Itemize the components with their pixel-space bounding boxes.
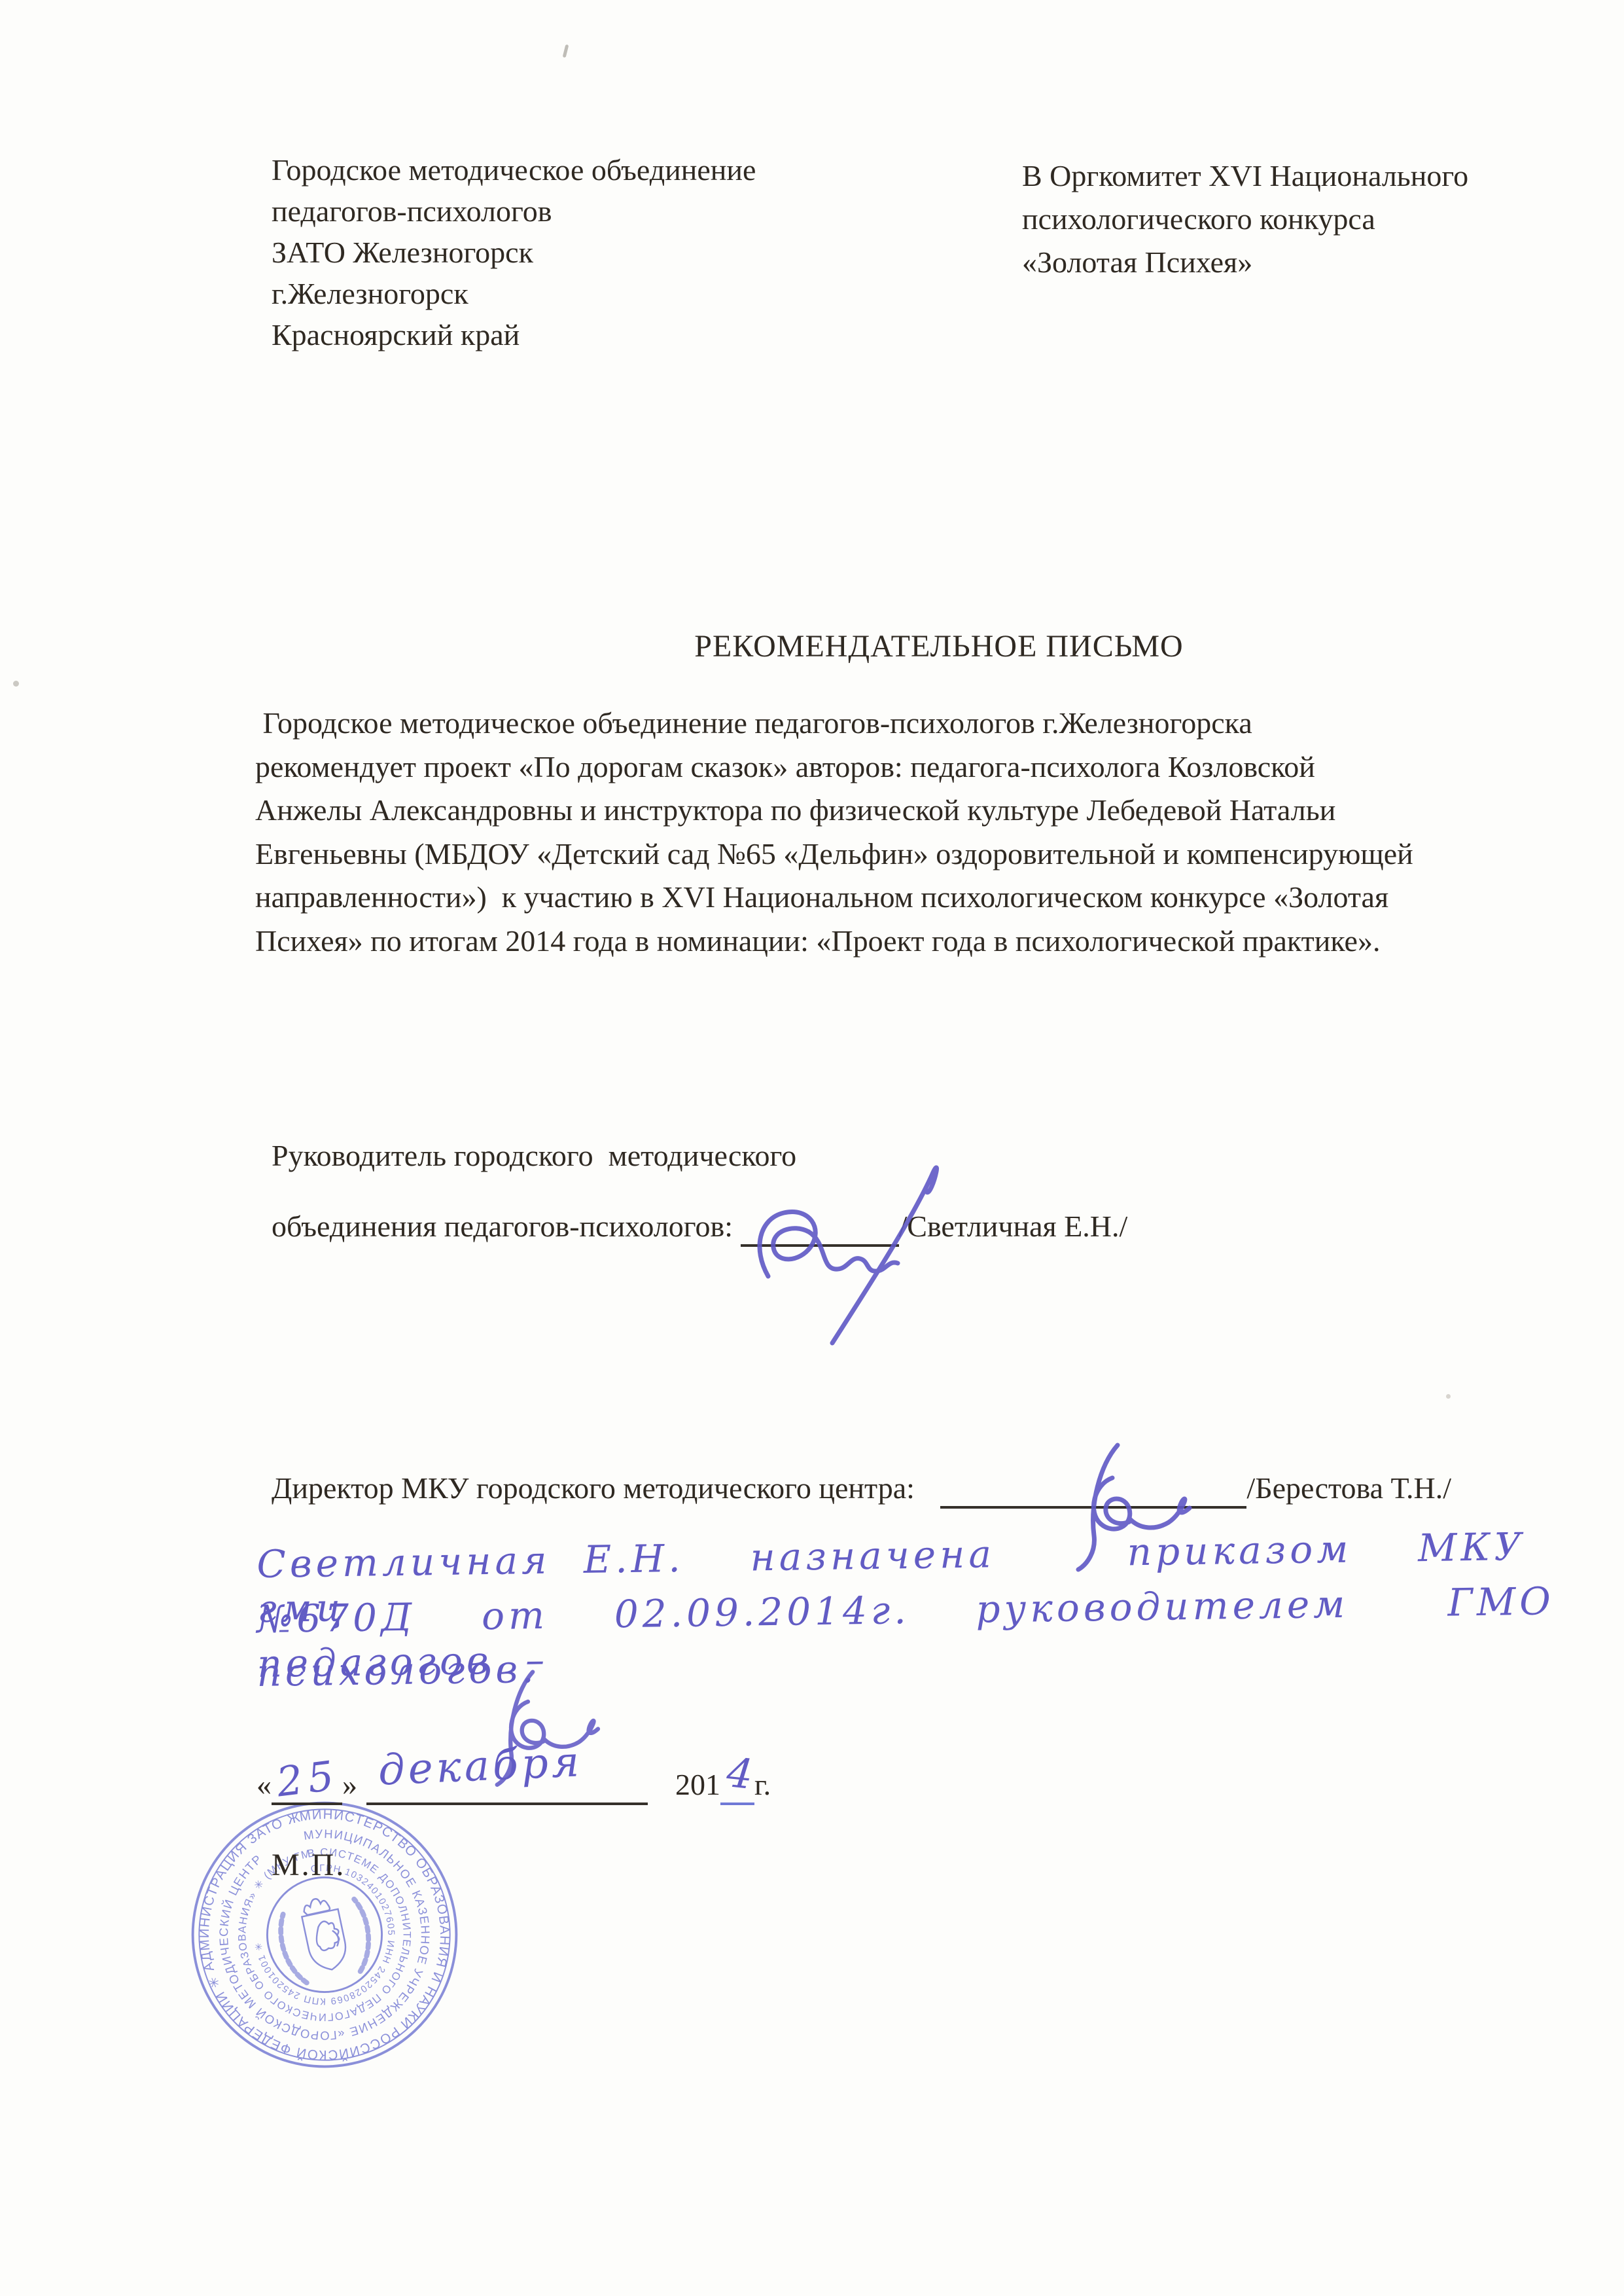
sender-block: Городское методическое объединение педаг… [272,149,756,355]
scan-artifact-dot [13,681,19,687]
head-signatory-row: объединения педагогов-психологов: /Светл… [272,1206,1127,1247]
director-signatory-row: Директор МКУ городского методического це… [272,1468,1451,1509]
month-underline: декабря [366,1761,648,1805]
paragraph-line: Анжелы Александровны и инструктора по фи… [255,789,1564,833]
coat-of-arms [274,1890,376,1986]
handwritten-month: декабря [377,1734,584,1799]
director-signatory-name: /Берестова Т.Н./ [1246,1468,1451,1509]
director-role-label: Директор МКУ городского методического це… [272,1468,922,1509]
year-printed-prefix: 201 [675,1765,720,1805]
official-stamp: МИНИСТЕРСТВО ОБРАЗОВАНИЯ И НАУКИ РОССИЙС… [158,1768,491,2101]
recipient-line: «Золотая Психея» [1022,241,1468,284]
recipient-line: психологического конкурса [1022,198,1468,241]
head-signatory-role-line1: Руководитель городского методического [272,1136,796,1176]
date-line: « 25 » декабря 201 4 г. [256,1761,771,1805]
sender-line: г.Железногорск [272,273,756,314]
paragraph-line: Городское методическое объединение педаг… [255,702,1564,745]
scan-artifact-tick [563,45,569,58]
body-paragraph: Городское методическое объединение педаг… [255,702,1564,963]
recipient-block: В Оргкомитет XVI Национального психологи… [1022,154,1468,284]
stamp-outer-border [168,1778,481,2091]
open-quote: « [256,1765,272,1805]
year-digit-underline: 4 [720,1761,754,1805]
recipient-line: В Оргкомитет XVI Национального [1022,154,1468,198]
paragraph-line: Психея» по итогам 2014 года в номинации:… [255,920,1564,963]
letter-title: РЕКОМЕНДАТЕЛЬНОЕ ПИСЬМО [255,626,1590,668]
paragraph-line: рекомендует проект «По дорогам сказок» а… [255,745,1564,789]
paragraph-line: направленности») к участию в XVI Национа… [255,876,1564,920]
scanned-letter-page: Городское методическое объединение педаг… [0,0,1624,2296]
handwritten-year-digit: 4 [724,1745,756,1802]
head-signatory-role-line2: объединения педагогов-психологов: [272,1206,741,1247]
sender-line: Красноярский край [272,314,756,355]
svetlichnaya-signature-scribble [738,1151,993,1350]
berestova-signature-scribble [1046,1435,1206,1575]
sender-line: Городское методическое объединение [272,149,756,190]
sender-line: ЗАТО Железногорск [272,232,756,273]
sender-line: педагогов-психологов [272,190,756,232]
paragraph-line: Евгеньевны (МБДОУ «Детский сад №65 «Дель… [255,833,1564,876]
handwritten-day: 25 [274,1748,342,1810]
scan-artifact-dot2 [1446,1394,1451,1399]
year-suffix: г. [754,1765,771,1805]
day-underline: 25 [272,1761,342,1805]
close-quote: » [342,1765,357,1805]
seal-placeholder-label: М.П. [272,1844,345,1887]
